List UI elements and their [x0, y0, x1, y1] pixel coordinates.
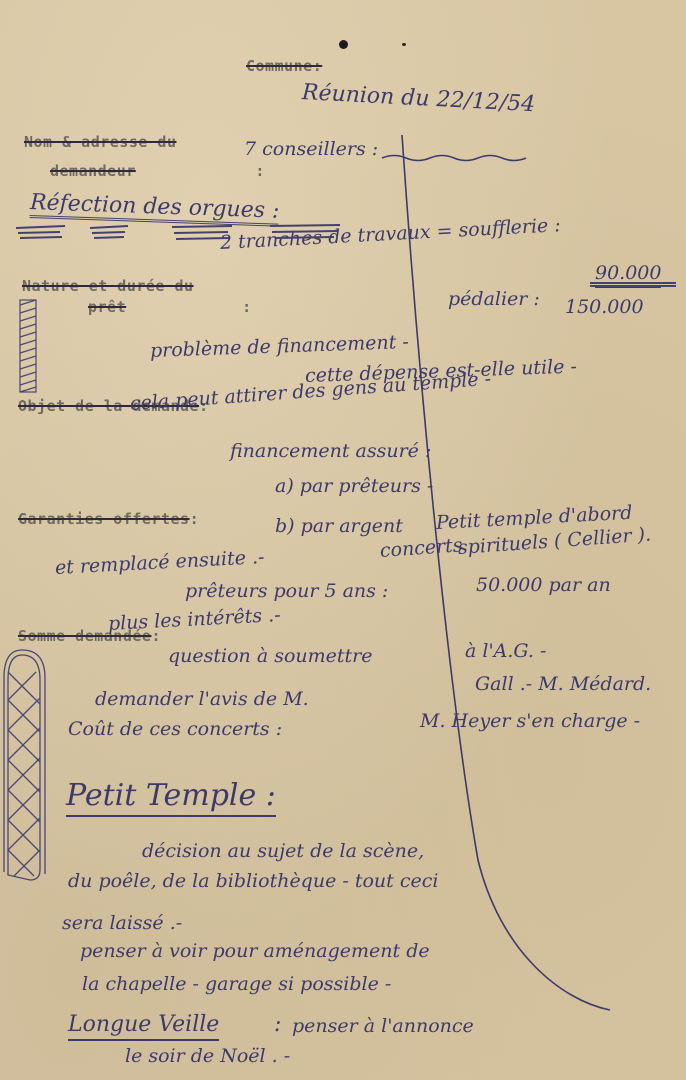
ink-strokes [0, 0, 686, 1080]
document-page: Commune: Nom & adresse du demandeur : Na… [0, 0, 686, 1080]
